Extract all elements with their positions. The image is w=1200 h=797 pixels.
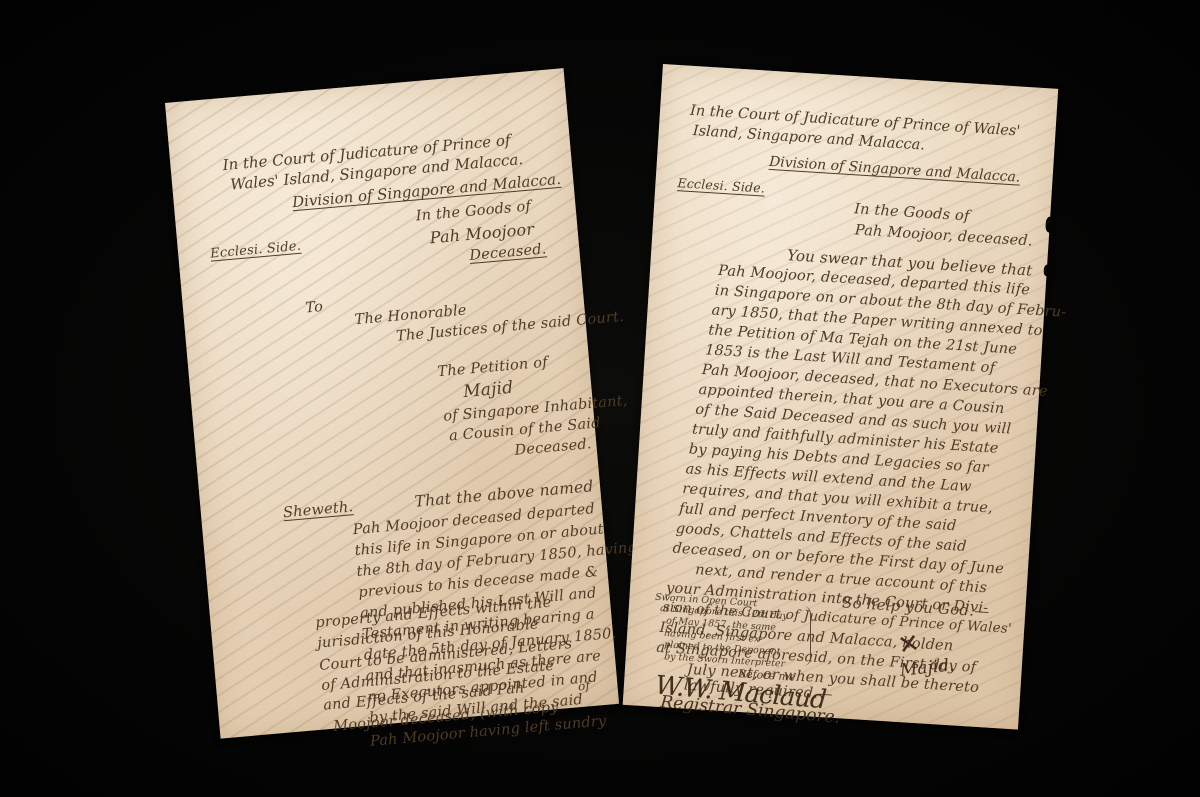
jurat-brace [802, 606, 811, 666]
catchword: of [578, 679, 591, 692]
signature-mark: ✕ [896, 630, 922, 659]
